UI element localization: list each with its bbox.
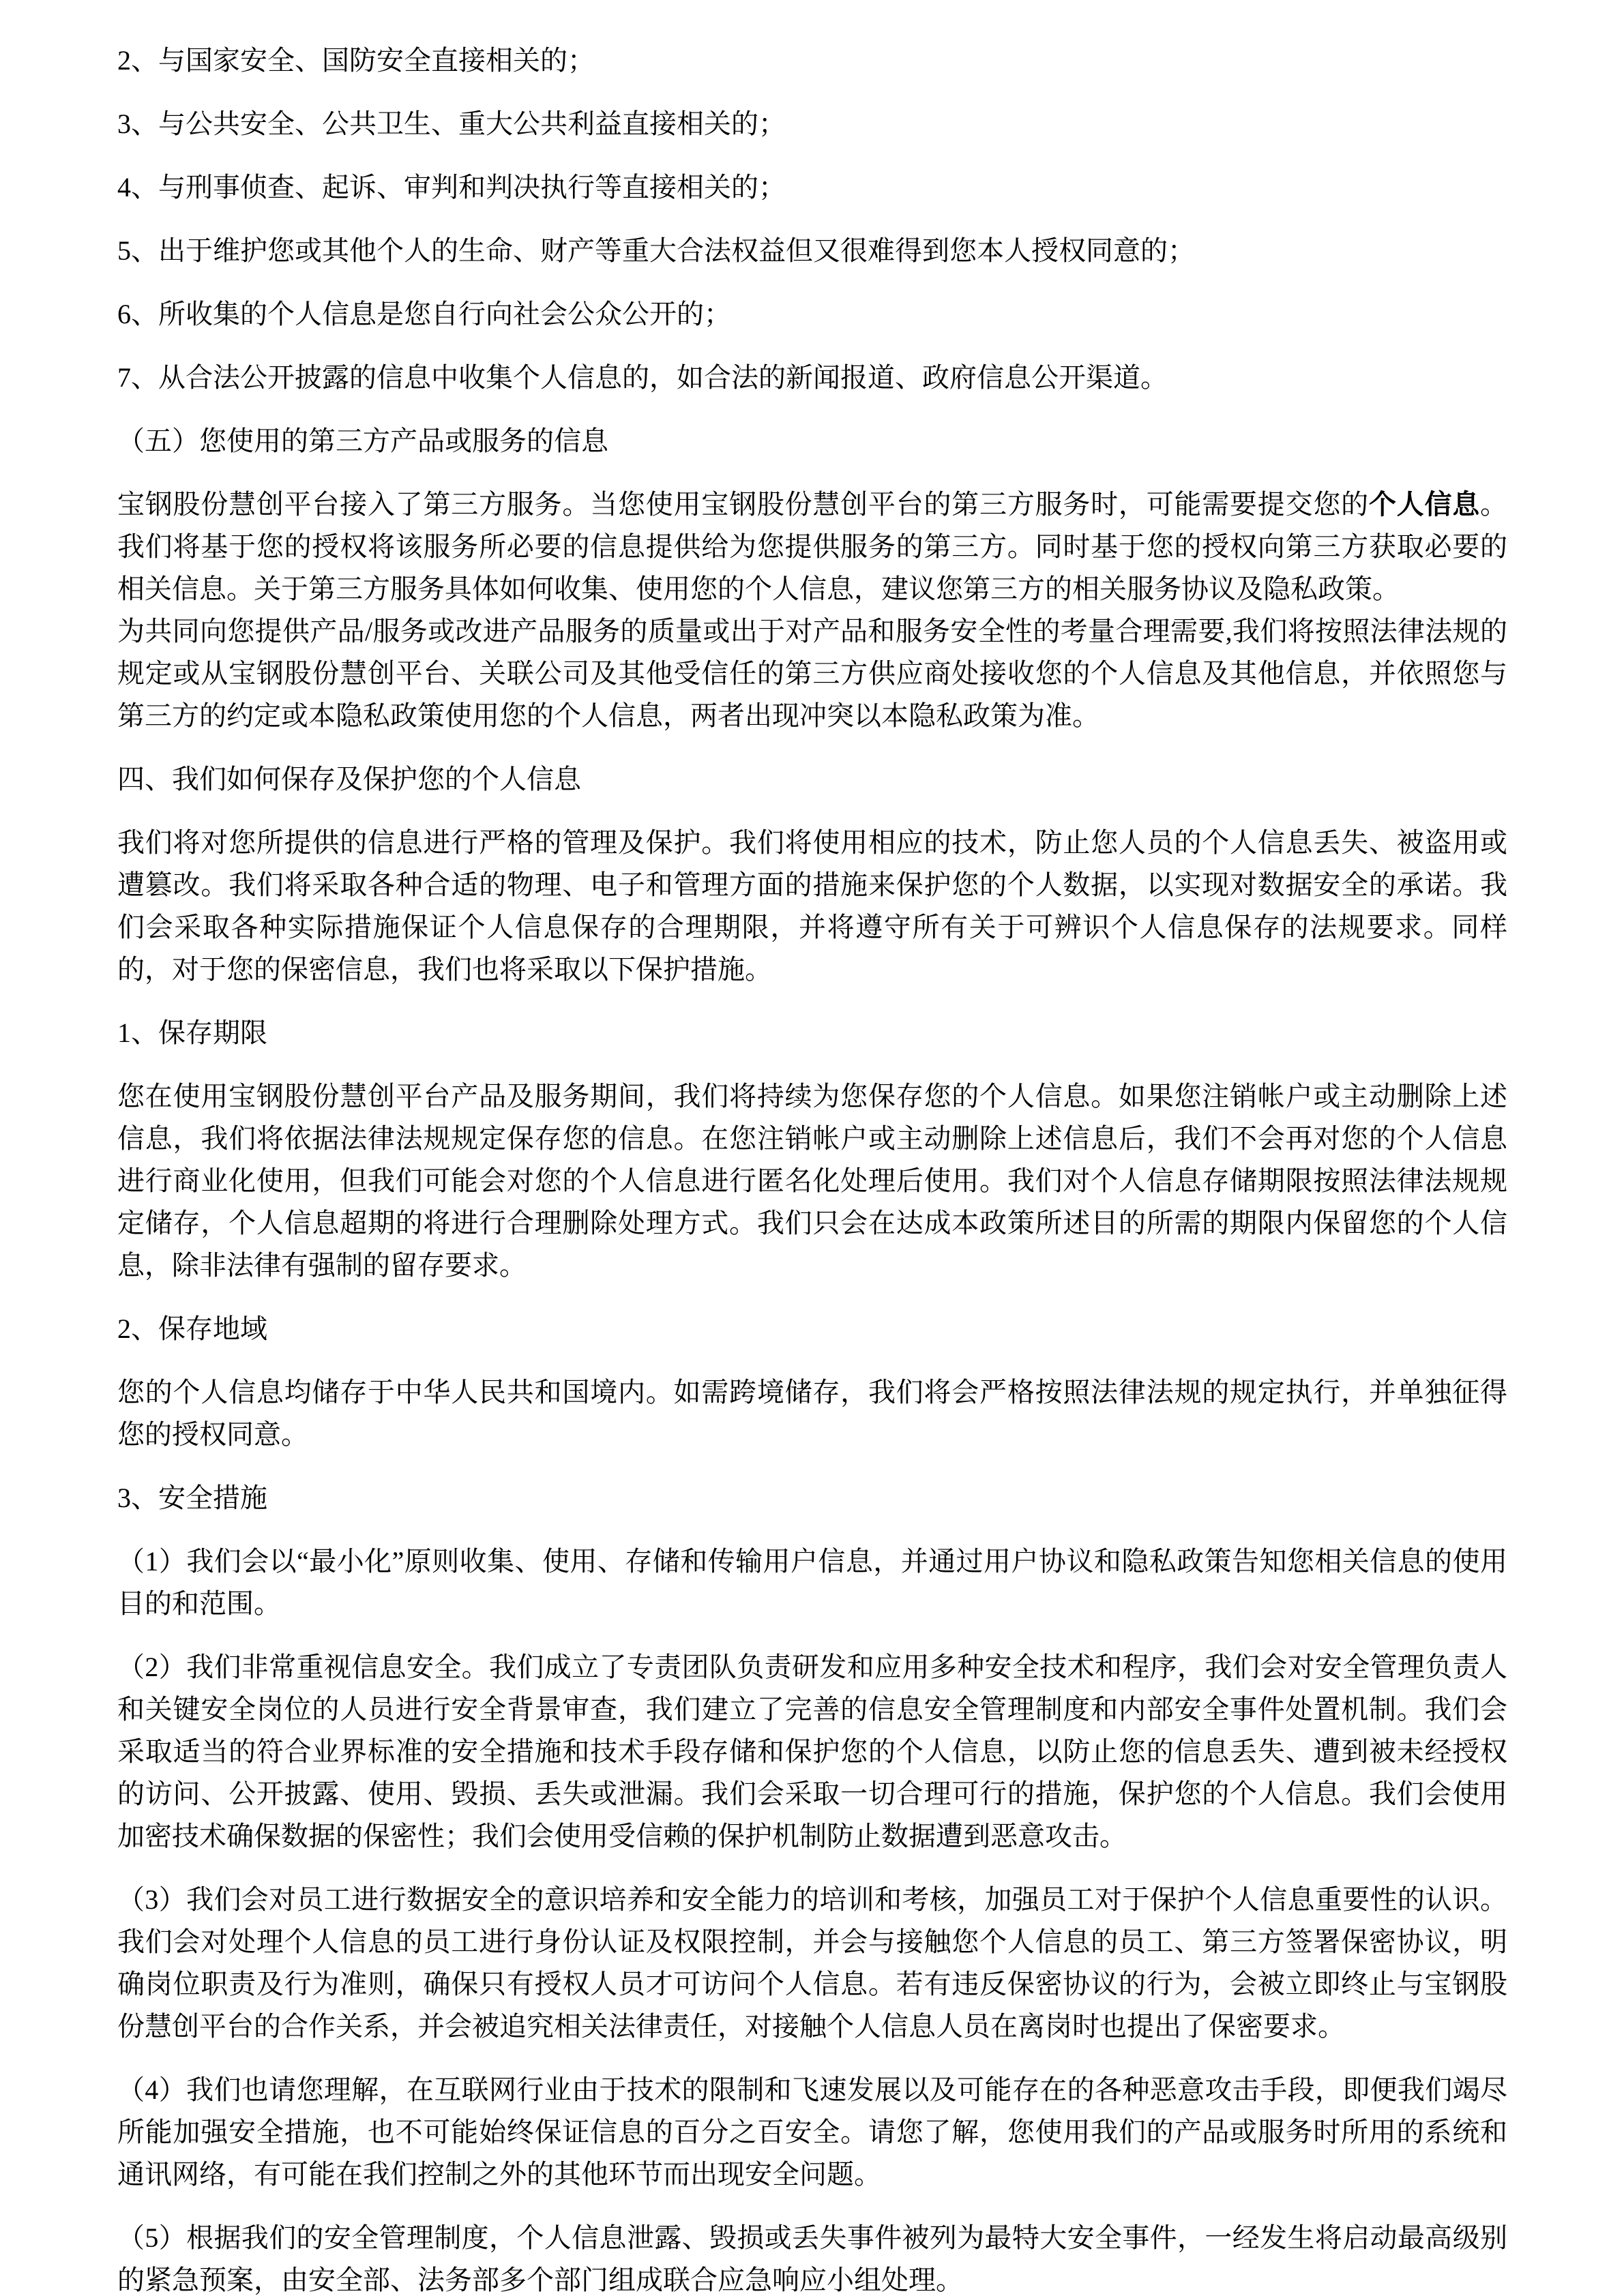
paragraph-storage-protection-overview: 我们将对您所提供的信息进行严格的管理及保护。我们将使用相应的技术，防止您人员的个… [117, 822, 1507, 991]
paragraph-retention-period: 您在使用宝钢股份慧创平台产品及服务期间，我们将持续为您保存您的个人信息。如果您注… [117, 1075, 1507, 1287]
heading-retention-period: 1、保存期限 [117, 1012, 1507, 1054]
third-party-text-pre: 宝钢股份慧创平台接入了第三方服务。当您使用宝钢股份慧创平台的第三方服务时，可能需… [117, 489, 1369, 520]
document-page: 2、与国家安全、国防安全直接相关的； 3、与公共安全、公共卫生、重大公共利益直接… [0, 0, 1624, 2296]
list-item-5: 5、出于维护您或其他个人的生命、财产等重大合法权益但又很难得到您本人授权同意的； [117, 230, 1507, 272]
paragraph-security-measure-3: （3）我们会对员工进行数据安全的意识培养和安全能力的培训和考核，加强员工对于保护… [117, 1879, 1507, 2048]
list-item-7: 7、从合法公开披露的信息中收集个人信息的，如合法的新闻报道、政府信息公开渠道。 [117, 357, 1507, 399]
paragraph-security-measure-4: （4）我们也请您理解，在互联网行业由于技术的限制和飞速发展以及可能存在的各种恶意… [117, 2069, 1507, 2196]
list-item-6: 6、所收集的个人信息是您自行向社会公众公开的； [117, 293, 1507, 336]
paragraph-security-measure-1: （1）我们会以“最小化”原则收集、使用、存储和传输用户信息，并通过用户协议和隐私… [117, 1540, 1507, 1625]
heading-section-five-third-party: （五）您使用的第三方产品或服务的信息 [117, 420, 1507, 462]
heading-storage-region: 2、保存地域 [117, 1308, 1507, 1350]
heading-section-four-storage-protection: 四、我们如何保存及保护您的个人信息 [117, 758, 1507, 801]
paragraph-security-measure-2: （2）我们非常重视信息安全。我们成立了专责团队负责研发和应用多种安全技术和程序，… [117, 1646, 1507, 1858]
list-item-2: 2、与国家安全、国防安全直接相关的； [117, 40, 1507, 82]
list-item-4: 4、与刑事侦查、起诉、审判和判决执行等直接相关的； [117, 166, 1507, 209]
paragraph-storage-region: 您的个人信息均储存于中华人民共和国境内。如需跨境储存，我们将会严格按照法律法规的… [117, 1371, 1507, 1456]
third-party-text-joint-provision: 为共同向您提供产品/服务或改进产品服务的质量或出于对产品和服务安全性的考量合理需… [117, 610, 1507, 737]
paragraph-third-party-services: 宝钢股份慧创平台接入了第三方服务。当您使用宝钢股份慧创平台的第三方服务时，可能需… [117, 483, 1507, 737]
paragraph-security-measure-5: （5）根据我们的安全管理制度，个人信息泄露、毁损或丢失事件被列为最特大安全事件，… [117, 2217, 1507, 2296]
heading-security-measures: 3、安全措施 [117, 1477, 1507, 1519]
third-party-text-bold-personal-info: 个人信息 [1369, 489, 1480, 520]
list-item-3: 3、与公共安全、公共卫生、重大公共利益直接相关的； [117, 103, 1507, 145]
